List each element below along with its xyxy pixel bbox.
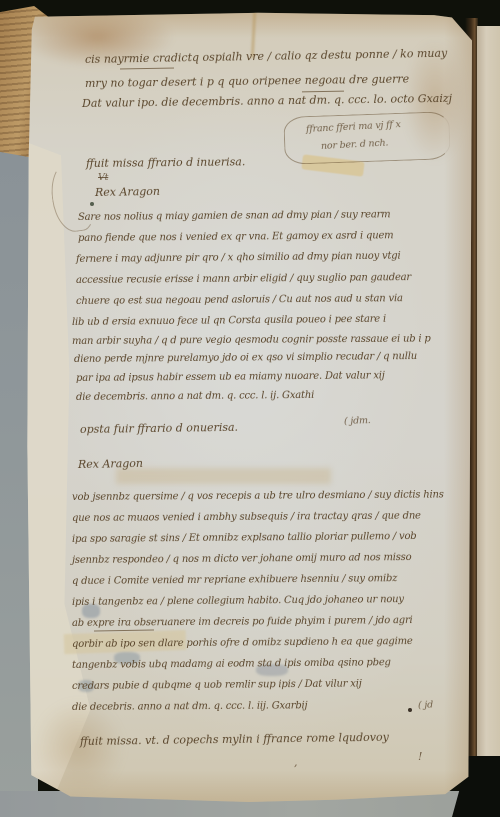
sent-note: opsta fuir ffrario d onuerisa. xyxy=(80,421,238,436)
sent-note: ffuit missa ffrario d inuerisa. xyxy=(86,155,245,170)
manuscript-line: ipis i tangenbz ea / plene collegium hab… xyxy=(72,594,404,608)
manuscript-line: mry no togar desert i p q quo oripenee n… xyxy=(85,72,409,90)
stray-mark: , xyxy=(294,756,298,769)
manuscript-line: Sare nos nolius q miay gamien de snan ad… xyxy=(78,209,391,223)
manuscript-line: par ipa ad ipsus habir essem ub ea miamy… xyxy=(76,370,385,384)
ink-dot xyxy=(408,708,412,712)
manuscript-line: accessiue recusie erisse i mann arbir el… xyxy=(76,272,411,286)
manuscript-line: ipa spo saragie st sins / Et omnibz expl… xyxy=(72,531,417,545)
underline-stroke xyxy=(94,629,154,631)
register-heading: Rex Aragon xyxy=(95,185,160,199)
manuscript-line: die decembris. anno a nat dm. q. ccc. l.… xyxy=(76,390,314,403)
manuscript-line: man arbir suyha / q d pure vegio qesmodu… xyxy=(72,333,431,347)
manuscript-line: fernere i may adjunre pir qro / x qho si… xyxy=(76,251,401,265)
manuscript-line: chuere qo est sua negoau pend asloruis /… xyxy=(76,293,403,307)
idem-mark: ( jdm. xyxy=(344,415,371,427)
cancelled-word: Vt xyxy=(98,172,108,183)
stain xyxy=(116,468,331,484)
manuscript-line: que nos ac muaos venied i ambhy subsequi… xyxy=(72,511,421,524)
manuscript-line: ab expre ira obseruanere im decreis po f… xyxy=(72,615,413,629)
manuscript-line: credars pubie d qubqme q uob remlir sup … xyxy=(72,678,362,692)
manuscript-line: cis nayrmie cradictq ospialh vre / calio… xyxy=(85,47,447,66)
manuscript-line: jsennbz respondeo / q nos m dicto ver jo… xyxy=(72,552,412,566)
manuscript-line: vob jsennbz quersime / q vos recepis a u… xyxy=(72,489,444,503)
manuscript-line: tangenbz vobis ubq madamg ai eodm sta d … xyxy=(72,657,391,671)
manuscript-line: dieno perde mjnre purelamyo jdo oi ex qs… xyxy=(74,351,417,365)
stain xyxy=(26,12,472,38)
manuscript-line: lib ub d ersia exnuuo fece ul qn Corsta … xyxy=(72,314,386,328)
register-heading: Rex Aragon xyxy=(78,457,143,471)
manuscript-line: q duce i Comite venied mr repriane exhib… xyxy=(72,573,397,587)
manuscript-page: cis nayrmie cradictq ospialh vre / calio… xyxy=(26,12,472,802)
manuscript-line: Dat valur ipo. die decembris. anno a nat… xyxy=(82,92,452,110)
sent-note: ffuit missa. vt. d copechs mylin i ffran… xyxy=(80,731,389,748)
underline-stroke xyxy=(302,91,344,93)
manuscript-line: pano fiende que nos i venied ex qr vna. … xyxy=(78,230,394,244)
manuscript-line: die decebris. anno a nat dm. q. ccc. l. … xyxy=(72,700,308,713)
ink-dot xyxy=(90,202,94,206)
closing-mark: ( jd xyxy=(418,699,433,711)
next-leaf-edge xyxy=(477,26,500,783)
margin-bracket xyxy=(47,160,96,235)
stray-mark: ! xyxy=(418,750,422,763)
photo-backdrop: cis nayrmie cradictq ospialh vre / calio… xyxy=(0,0,500,817)
manuscript-line: qorbir ab ipo sen dlare porhis ofre d om… xyxy=(72,636,413,650)
underline-stroke xyxy=(120,68,174,70)
